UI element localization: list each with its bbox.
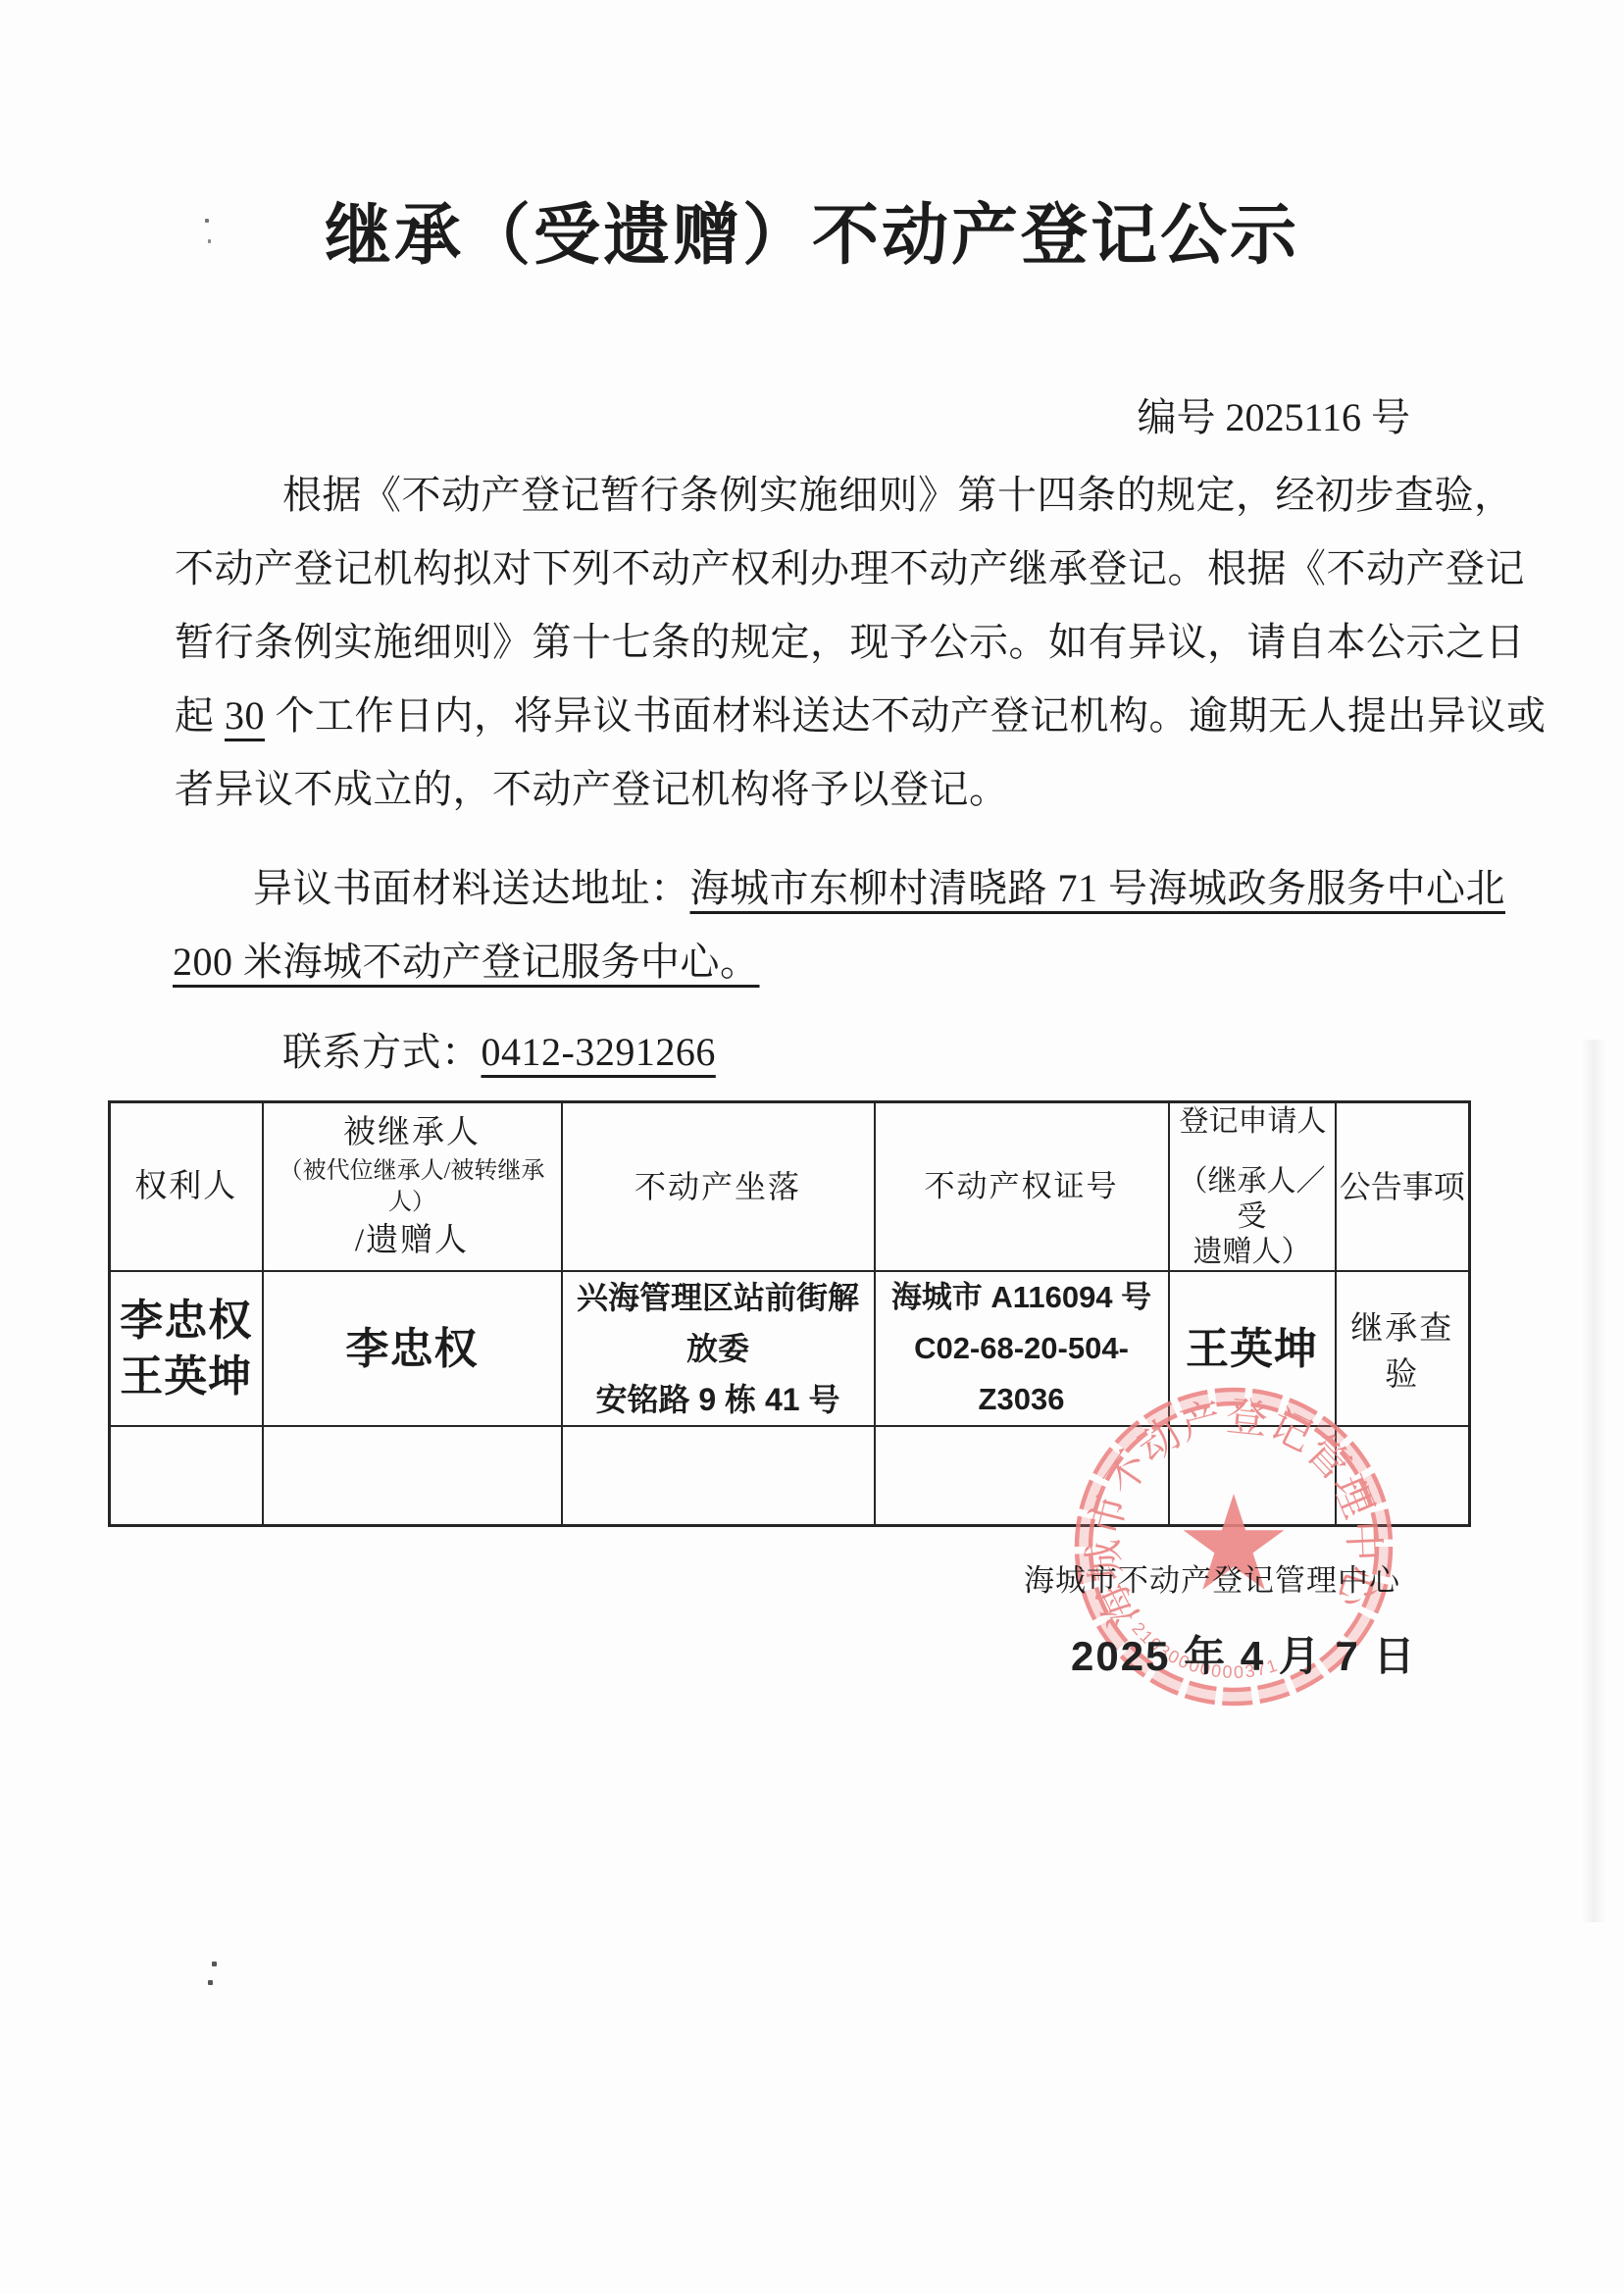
cell-holder: 李忠权 王英坤 xyxy=(110,1271,263,1426)
body-line: 不动产登记机构拟对下列不动产权利办理不动产继承登记。根据《不动产登记 xyxy=(175,544,1525,593)
body-text: 根据《不动产登记暂行条例实施细则》第十四条的规定，经初步查验， xyxy=(282,473,1514,517)
body-line: 者异议不成立的，不动产登记机构将予以登记。 xyxy=(175,765,1009,814)
empty-cell xyxy=(110,1426,263,1525)
header-notice-item: 公告事项 xyxy=(1336,1102,1470,1272)
empty-cell xyxy=(263,1426,562,1525)
page-title: 继承（受遗赠）不动产登记公示 xyxy=(0,182,1624,278)
underlined-address: 海城市东柳村清晓路 71 号海城政务服务中心北 xyxy=(690,866,1506,910)
header-text: 权利人 xyxy=(111,1164,262,1209)
header-decedent: 被继承人 （被代位继承人/被转继承人） /遗赠人 xyxy=(263,1102,562,1272)
header-text: 公告事项 xyxy=(1337,1164,1469,1209)
header-applicant: 登记申请人 （继承人／受 遗赠人） xyxy=(1169,1102,1336,1272)
property-location: 安铭路 9 栋 41 号 xyxy=(563,1374,874,1425)
body-text: 者异议不成立的，不动产登记机构将予以登记。 xyxy=(175,767,1009,811)
header-text: 登记申请人 xyxy=(1170,1103,1335,1141)
scanned-notice-page: 继承（受遗赠）不动产登记公示 编号 2025116 号 根据《不动产登记暂行条例… xyxy=(0,0,1624,2294)
body-line: 根据《不动产登记暂行条例实施细则》第十四条的规定，经初步查验， xyxy=(282,471,1514,520)
issue-date: 2025 年 4 月 7 日 xyxy=(1071,1624,1365,1683)
empty-cell xyxy=(562,1426,875,1525)
cell-decedent: 李忠权 xyxy=(263,1271,562,1426)
document-number: 编号 2025116 号 xyxy=(1137,386,1410,442)
holder-name: 王英坤 xyxy=(111,1349,262,1404)
issuing-organization: 海城市不动产登记管理中心 xyxy=(1016,1555,1408,1600)
scan-speck xyxy=(208,1980,213,1985)
underlined-address: 200 米海城不动产登记服务中心。 xyxy=(173,940,760,984)
underlined-deadline-days: 30 xyxy=(225,693,265,738)
body-text: 起 xyxy=(175,693,225,738)
underlined-phone-number: 0412-3291266 xyxy=(482,1030,716,1074)
property-location: 兴海管理区站前街解放委 xyxy=(563,1272,874,1374)
table-header-row: 权利人 被继承人 （被代位继承人/被转继承人） /遗赠人 不动产坐落 不动产权证… xyxy=(110,1102,1470,1272)
header-holder: 权利人 xyxy=(110,1102,263,1272)
address-label: 异议书面材料送达地址： xyxy=(253,866,690,910)
scan-shadow-band xyxy=(1581,1040,1606,1922)
header-text: 遗赠人） xyxy=(1170,1235,1335,1270)
header-text: （继承人／受 xyxy=(1170,1164,1335,1235)
cell-location: 兴海管理区站前街解放委 安铭路 9 栋 41 号 xyxy=(562,1271,875,1426)
body-text: 个工作日内，将异议书面材料送达不动产登记机构。逾期无人提出异议或 xyxy=(265,693,1547,738)
certificate-number: 海城市 A116094 号 xyxy=(876,1272,1168,1323)
header-text: 被继承人 xyxy=(264,1110,561,1155)
holder-name: 李忠权 xyxy=(111,1293,262,1349)
header-certificate-no: 不动产权证号 xyxy=(875,1102,1169,1272)
address-line: 异议书面材料送达地址：海城市东柳村清晓路 71 号海城政务服务中心北 xyxy=(253,864,1505,913)
contact-label: 联系方式： xyxy=(282,1030,482,1074)
decedent-name: 李忠权 xyxy=(264,1321,561,1377)
header-text: 不动产权证号 xyxy=(876,1164,1168,1209)
scan-speck xyxy=(212,1962,217,1966)
applicant-name: 王英坤 xyxy=(1170,1321,1335,1377)
body-line: 起 30 个工作日内，将异议书面材料送达不动产登记机构。逾期无人提出异议或 xyxy=(175,691,1547,740)
body-line: 暂行条例实施细则》第十七条的规定，现予公示。如有异议，请自本公示之日 xyxy=(175,618,1525,667)
header-subtext: （被代位继承人/被转继承人） xyxy=(264,1155,561,1218)
address-line: 200 米海城不动产登记服务中心。 xyxy=(173,938,760,987)
header-text: /遗赠人 xyxy=(264,1218,561,1263)
contact-line: 联系方式：0412-3291266 xyxy=(282,1028,716,1077)
header-text: 不动产坐落 xyxy=(563,1164,874,1209)
body-text: 不动产登记机构拟对下列不动产权利办理不动产继承登记。根据《不动产登记 xyxy=(175,546,1525,590)
body-text: 暂行条例实施细则》第十七条的规定，现予公示。如有异议，请自本公示之日 xyxy=(175,620,1525,664)
header-location: 不动产坐落 xyxy=(562,1102,875,1272)
